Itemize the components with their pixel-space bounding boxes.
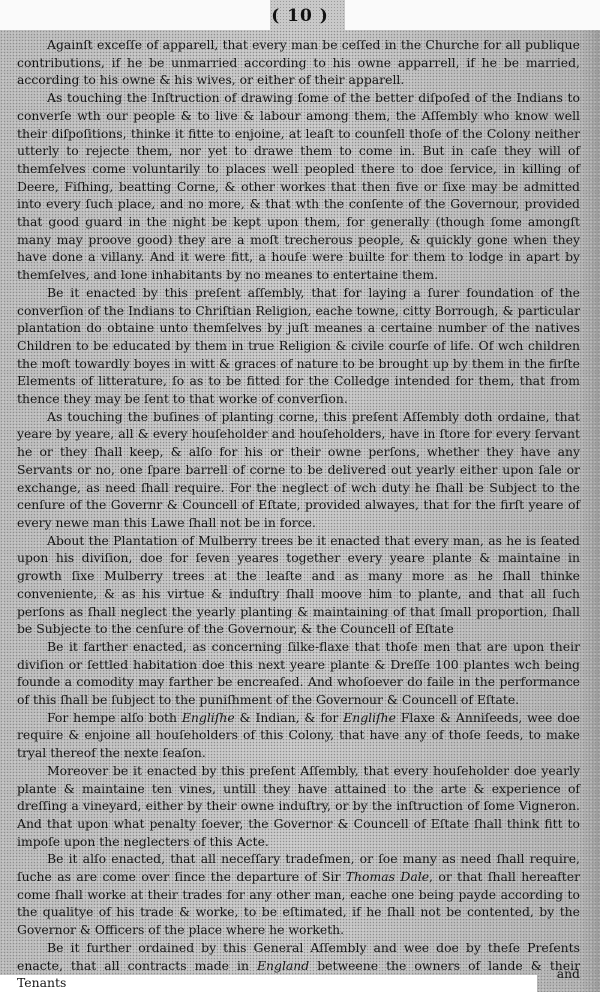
paragraph-indians-instruction: As touching the Inſtruction of drawing ſ…: [17, 89, 580, 284]
paragraph-hemp: For hempe alſo both Engliſhe & Indian, &…: [17, 709, 580, 762]
page-number: ( 10 ): [0, 6, 600, 26]
document-body: Againſt exceſſe of apparell, that every …: [17, 36, 580, 992]
italic-englishe: Engliſhe: [343, 710, 396, 725]
paragraph-tradesmen: Be it alſo enacted, that all neceſſary t…: [17, 850, 580, 939]
paragraph-silk-flax: Be it farther enacted, as concerning ſil…: [17, 638, 580, 709]
italic-englishe: Engliſhe: [182, 710, 235, 725]
paragraph-mulberry: About the Plantation of Mulberry trees b…: [17, 532, 580, 638]
catchword: and: [0, 966, 580, 981]
italic-thomas-dale: Thomas Dale: [346, 869, 429, 884]
paragraph-corn: As touching the buſines of planting corn…: [17, 408, 580, 532]
paragraph-vines: Moreover be it enacted by this preſent A…: [17, 762, 580, 851]
paragraph-conversion: Be it enacted by this preſent aſſembly, …: [17, 284, 580, 408]
paragraph-apparel: Againſt exceſſe of apparell, that every …: [17, 36, 580, 89]
